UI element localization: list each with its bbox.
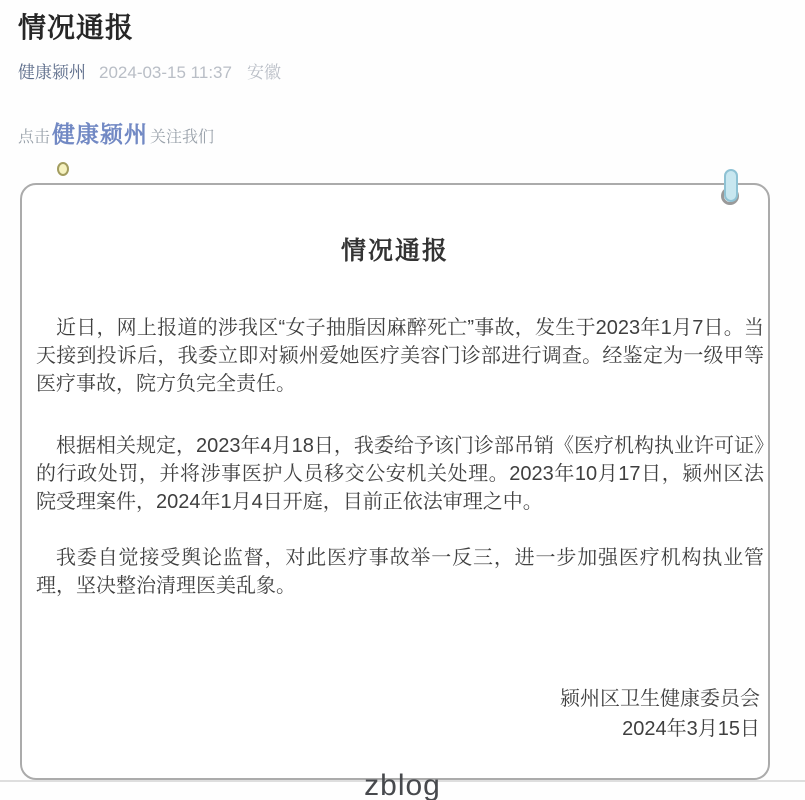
notice-title: 情况通报 <box>20 231 770 267</box>
account-name-link[interactable]: 健康颍州 <box>18 58 86 83</box>
signature-block: 颍州区卫生健康委员会 2024年3月15日 <box>36 684 760 744</box>
notice-paragraph-3: 我委自觉接受舆论监督，对此医疗事故举一反三，进一步加强医疗机构执业管理，坚决整治… <box>36 544 764 600</box>
notice-paragraph-2: 根据相关规定，2023年4月18日，我委给予该门诊部吊销《医疗机构执业许可证》的… <box>36 432 764 516</box>
signature-date: 2024年3月15日 <box>36 714 760 744</box>
yellow-pin-icon <box>57 162 69 176</box>
page-title: 情况通报 <box>18 6 134 46</box>
blue-pin-icon <box>724 169 738 202</box>
watermark-text: zblog <box>364 769 441 800</box>
article-page: { "page": { "title": "情况通报", "byline": {… <box>0 0 805 800</box>
byline: 健康颍州 2024-03-15 11:37 安徽 <box>18 58 281 83</box>
publish-location: 安徽 <box>247 58 281 83</box>
follow-prefix-label: 点击 <box>18 124 50 147</box>
follow-suffix-label: 关注我们 <box>150 124 214 147</box>
follow-account-link[interactable]: 健康颍州 <box>52 116 148 149</box>
signature-org: 颍州区卫生健康委员会 <box>36 684 760 714</box>
publish-datetime: 2024-03-15 11:37 <box>99 63 232 83</box>
follow-banner: 点击 健康颍州 关注我们 <box>18 116 214 149</box>
notice-paragraph-1: 近日，网上报道的涉我区“女子抽脂因麻醉死亡”事故，发生于2023年1月7日。当天… <box>36 314 764 398</box>
